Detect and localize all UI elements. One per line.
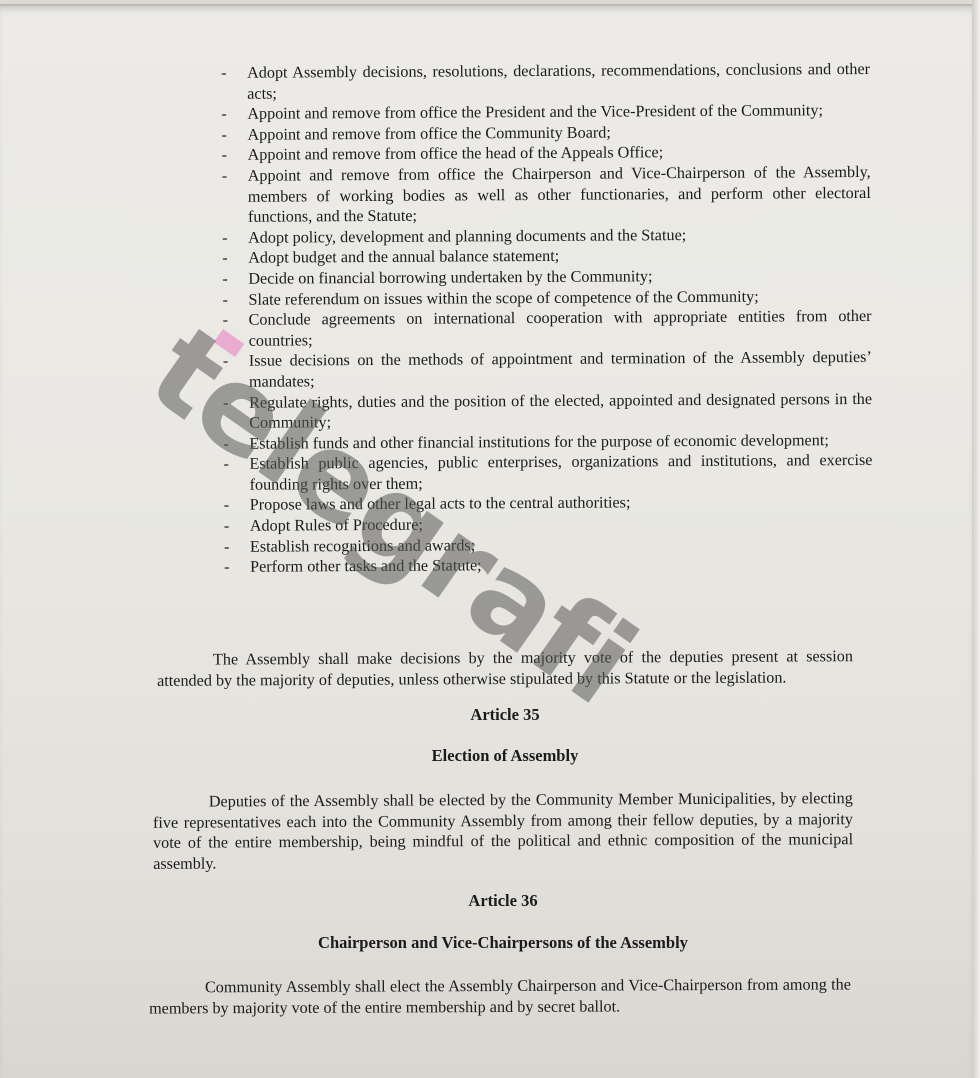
bullet-dash: -: [224, 516, 230, 537]
decision-paragraph: The Assembly shall make decisions by the…: [157, 646, 853, 691]
list-item: -Establish public agencies, public enter…: [207, 450, 872, 495]
list-item: -Appoint and remove from office the Chai…: [206, 162, 871, 228]
bullet-dash: -: [223, 434, 229, 455]
bullet-dash: -: [222, 228, 228, 249]
bullet-dash: -: [224, 557, 230, 578]
bullet-dash: -: [221, 63, 227, 84]
bullet-dash: -: [224, 495, 230, 516]
list-item: -Perform other tasks and the Statute;: [208, 553, 873, 578]
article-36-title: Chairperson and Vice-Chairpersons of the…: [13, 933, 980, 953]
list-item: -Regulate rights, duties and the positio…: [207, 388, 872, 433]
bullet-dash: -: [223, 310, 229, 331]
bullet-dash: -: [222, 166, 228, 187]
bullet-dash: -: [222, 145, 228, 166]
bullet-dash: -: [222, 248, 228, 269]
bullet-dash: -: [222, 289, 228, 310]
list-item: -Issue decisions on the methods of appoi…: [207, 347, 872, 392]
bullet-dash: -: [221, 104, 227, 125]
bullet-dash: -: [223, 392, 229, 413]
bullet-dash: -: [223, 351, 229, 372]
article-35-body: Deputies of the Assembly shall be electe…: [153, 788, 853, 874]
competences-list: -Adopt Assembly decisions, resolutions, …: [205, 59, 873, 578]
page-edge: [972, 0, 980, 1078]
bullet-dash: -: [222, 269, 228, 290]
article-35-title: Election of Assembly: [15, 746, 980, 766]
list-item: -Conclude agreements on international co…: [207, 306, 872, 351]
article-36-number: Article 36: [13, 891, 980, 911]
bullet-dash: -: [221, 125, 227, 146]
article-36-body: Community Assembly shall elect the Assem…: [149, 974, 851, 1018]
bullet-dash: -: [224, 537, 230, 558]
list-item: -Adopt Assembly decisions, resolutions, …: [205, 59, 870, 104]
bullet-dash: -: [223, 454, 229, 475]
article-35-number: Article 35: [15, 705, 980, 725]
